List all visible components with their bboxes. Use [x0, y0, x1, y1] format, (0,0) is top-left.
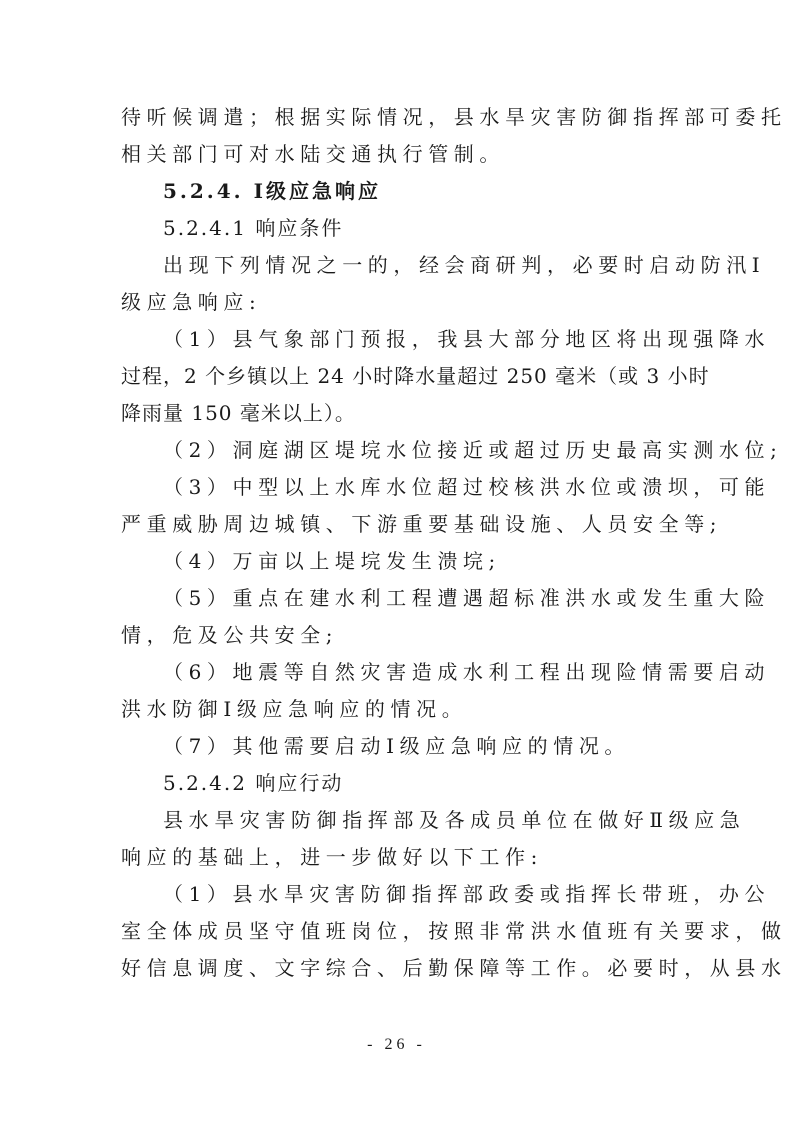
- list-item-4: （4）万亩以上堤垸发生溃垸;: [121, 543, 673, 580]
- body-text-line: 情，危及公共安全;: [121, 617, 673, 654]
- page-number: - 26 -: [0, 1036, 793, 1054]
- document-page: 待听候调遣；根据实际情况，县水旱灾害防御指挥部可委托 相关部门可对水陆交通执行管…: [121, 99, 673, 987]
- action-item-1: （1）县水旱灾害防御指挥部政委或指挥长带班，办公: [121, 876, 673, 913]
- body-text-line: 级应急响应:: [121, 284, 673, 321]
- body-text-line: 出现下列情况之一的，经会商研判，必要时启动防汛Ⅰ: [121, 247, 673, 284]
- body-text-line: 相关部门可对水陆交通执行管制。: [121, 136, 673, 173]
- body-text-line: 待听候调遣；根据实际情况，县水旱灾害防御指挥部可委托: [121, 99, 673, 136]
- list-item-1: （1）县气象部门预报，我县大部分地区将出现强降水: [121, 321, 673, 358]
- body-text-line: 洪水防御Ⅰ级应急响应的情况。: [121, 691, 673, 728]
- body-text-line: 县水旱灾害防御指挥部及各成员单位在做好Ⅱ级应急: [121, 802, 673, 839]
- body-text-line: 好信息调度、文字综合、后勤保障等工作。必要时，从县水: [121, 950, 673, 987]
- subsection-heading-5-2-4-2: 5.2.4.2 响应行动: [121, 765, 673, 802]
- list-item-2: （2）洞庭湖区堤垸水位接近或超过历史最高实测水位;: [121, 432, 673, 469]
- subsection-heading-5-2-4-1: 5.2.4.1 响应条件: [121, 210, 673, 247]
- body-text-line: 严重威胁周边城镇、下游重要基础设施、人员安全等;: [121, 506, 673, 543]
- list-item-6: （6）地震等自然灾害造成水利工程出现险情需要启动: [121, 654, 673, 691]
- list-item-7: （7）其他需要启动Ⅰ级应急响应的情况。: [121, 728, 673, 765]
- section-heading-5-2-4: 5.2.4. Ⅰ级应急响应: [121, 173, 673, 210]
- body-text-line: 降雨量 150 毫米以上）。: [121, 395, 673, 432]
- body-text-line: 过程，2 个乡镇以上 24 小时降水量超过 250 毫米（或 3 小时: [121, 358, 673, 395]
- list-item-5: （5）重点在建水利工程遭遇超标准洪水或发生重大险: [121, 580, 673, 617]
- list-item-3: （3）中型以上水库水位超过校核洪水位或溃坝，可能: [121, 469, 673, 506]
- body-text-line: 响应的基础上，进一步做好以下工作:: [121, 839, 673, 876]
- body-text-line: 室全体成员坚守值班岗位，按照非常洪水值班有关要求，做: [121, 913, 673, 950]
